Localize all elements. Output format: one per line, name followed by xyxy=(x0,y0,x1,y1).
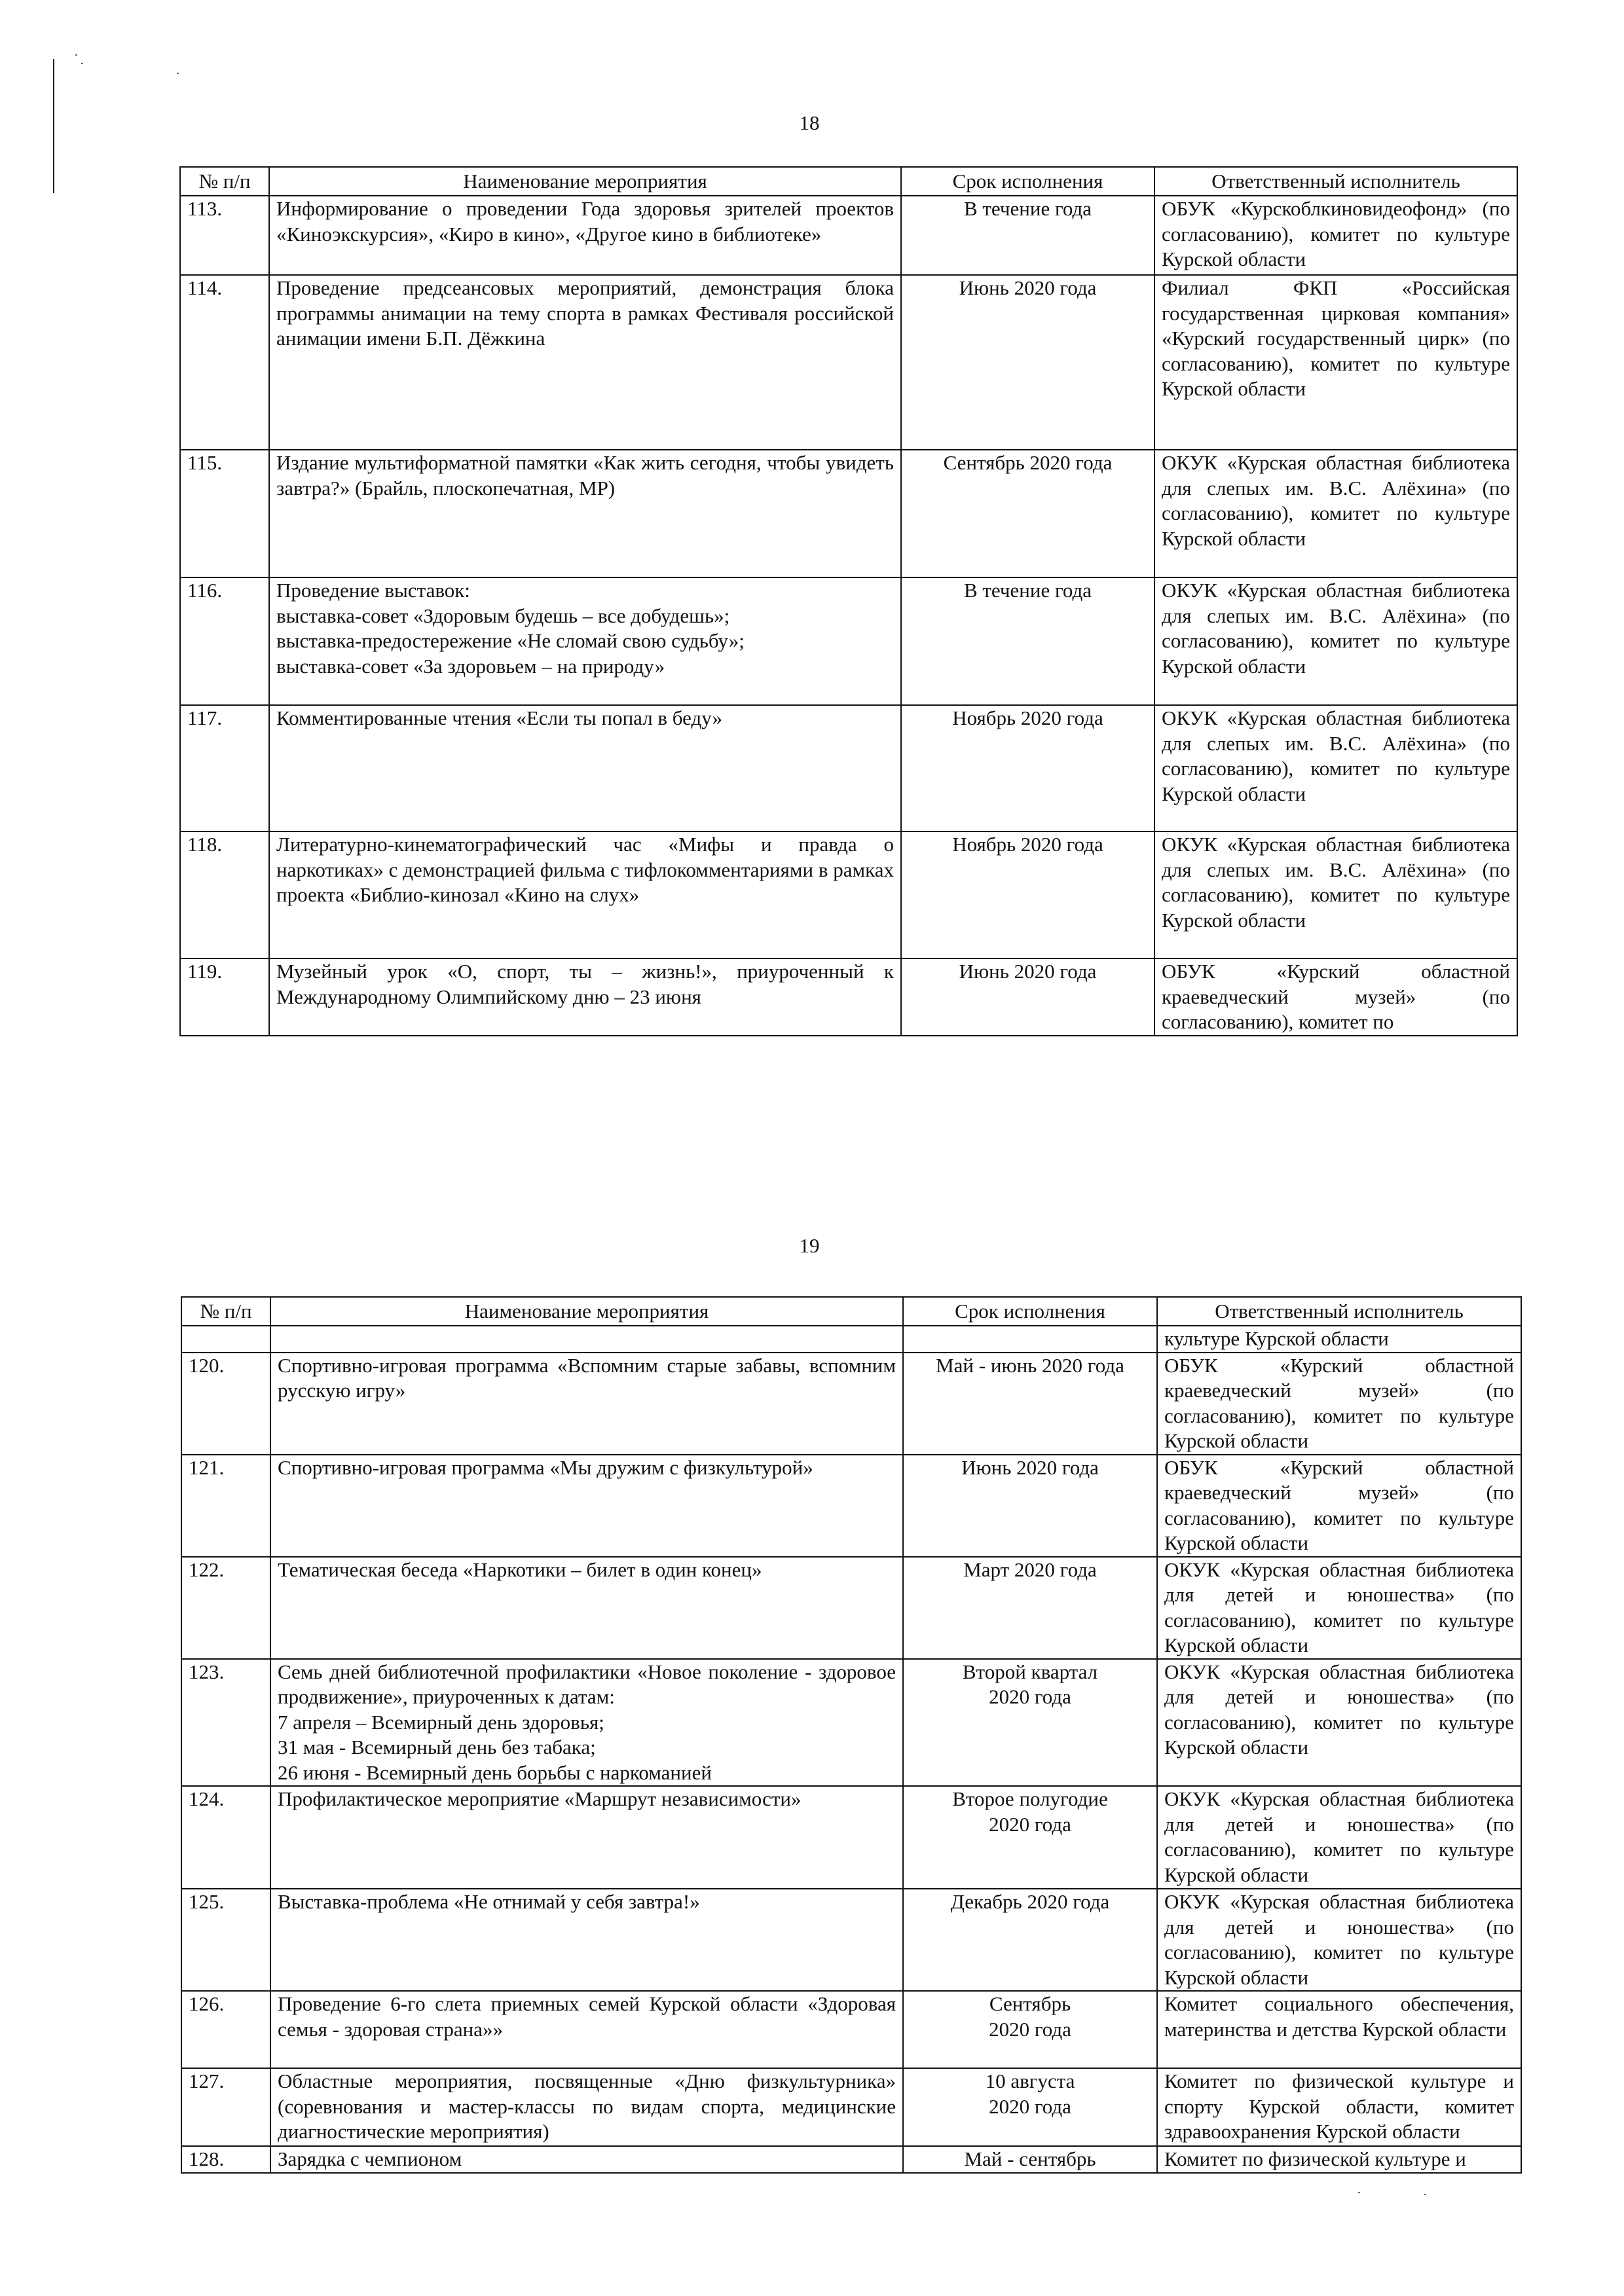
cell-name: Семь дней библиотечной профилактики «Нов… xyxy=(270,1659,903,1787)
cell-term xyxy=(903,1326,1157,1353)
cell-responsible: ОКУК «Курская областная библиотека для д… xyxy=(1157,1557,1521,1659)
cell-responsible: ОБУК «Курский областной краеведческий му… xyxy=(1154,958,1517,1036)
cell-term: Декабрь 2020 года xyxy=(903,1889,1157,1991)
table-row: 123.Семь дней библиотечной профилактики … xyxy=(181,1659,1521,1787)
cell-term: Июнь 2020 года xyxy=(903,1455,1157,1557)
cell-responsible: ОБУК «Курскоблкиновидеофонд» (по согласо… xyxy=(1154,196,1517,275)
cell-term: Май - июнь 2020 года xyxy=(903,1353,1157,1455)
cell-num: 124. xyxy=(181,1786,270,1889)
cell-term: Сентябрь2020 года xyxy=(903,1991,1157,2068)
cell-name: Проведение выставок:выставка-совет «Здор… xyxy=(269,577,901,705)
cell-term: Второе полугодие2020 года xyxy=(903,1786,1157,1889)
page-number: 18 xyxy=(777,111,842,135)
cell-name: Проведение предсеансовых мероприятий, де… xyxy=(269,275,901,450)
term-line: Сентябрь xyxy=(910,1992,1150,2017)
cell-term: Июнь 2020 года xyxy=(901,958,1154,1036)
table-row: 121.Спортивно-игровая программа «Мы друж… xyxy=(181,1455,1521,1557)
column-header-name: Наименование мероприятия xyxy=(269,167,901,196)
cell-num: 128. xyxy=(181,2146,270,2173)
cell-responsible: Комитет социального обеспечения, материн… xyxy=(1157,1991,1521,2068)
cell-name: Комментированные чтения «Если ты попал в… xyxy=(269,705,901,831)
cell-responsible: ОКУК «Курская областная библиотека для д… xyxy=(1157,1889,1521,1991)
scan-speck xyxy=(81,63,83,64)
cell-term: В течение года xyxy=(901,577,1154,705)
column-header-responsible: Ответственный исполнитель xyxy=(1154,167,1517,196)
cell-name: Спортивно-игровая программа «Мы дружим с… xyxy=(270,1455,903,1557)
table-header-row: № п/п Наименование мероприятия Срок испо… xyxy=(180,167,1517,196)
term-line: 2020 года xyxy=(910,1812,1150,1838)
page-number: 19 xyxy=(777,1234,842,1258)
cell-responsible: ОКУК «Курская областная библиотека для д… xyxy=(1157,1659,1521,1787)
term-line: 2020 года xyxy=(910,1685,1150,1710)
cell-name: Издание мультиформатной памятки «Как жит… xyxy=(269,450,901,577)
cell-term: Второй квартал2020 года xyxy=(903,1659,1157,1787)
name-line: выставка-предостережение «Не сломай свою… xyxy=(276,629,894,654)
cell-term: Май - сентябрь xyxy=(903,2146,1157,2173)
cell-name: Спортивно-игровая программа «Вспомним ст… xyxy=(270,1353,903,1455)
cell-name: Выставка-проблема «Не отнимай у себя зав… xyxy=(270,1889,903,1991)
table-row: 128.Зарядка с чемпиономМай - сентябрьКом… xyxy=(181,2146,1521,2173)
events-table-page-18: № п/п Наименование мероприятия Срок испо… xyxy=(179,166,1518,1036)
cell-name: Зарядка с чемпионом xyxy=(270,2146,903,2173)
cell-term: В течение года xyxy=(901,196,1154,275)
continuation-row: культуре Курской области xyxy=(181,1326,1521,1353)
term-line: 2020 года xyxy=(910,2094,1150,2120)
cell-num: 123. xyxy=(181,1659,270,1787)
cell-responsible: ОКУК «Курская областная библиотека для с… xyxy=(1154,450,1517,577)
column-header-num: № п/п xyxy=(180,167,269,196)
name-line: 7 апреля – Всемирный день здоровья; xyxy=(278,1710,896,1736)
name-line: выставка-совет «Здоровым будешь – все до… xyxy=(276,604,894,629)
cell-num: 115. xyxy=(180,450,269,577)
table-row: 118.Литературно-кинематографический час … xyxy=(180,831,1517,958)
cell-num: 126. xyxy=(181,1991,270,2068)
cell-num: 120. xyxy=(181,1353,270,1455)
cell-name: Профилактическое мероприятие «Маршрут не… xyxy=(270,1786,903,1889)
cell-num: 127. xyxy=(181,2068,270,2146)
column-header-name: Наименование мероприятия xyxy=(270,1297,903,1326)
scan-margin-line xyxy=(53,59,54,193)
table-row: 124.Профилактическое мероприятие «Маршру… xyxy=(181,1786,1521,1889)
cell-responsible: Комитет по физической культуре и спорту … xyxy=(1157,2068,1521,2146)
table-row: 125.Выставка-проблема «Не отнимай у себя… xyxy=(181,1889,1521,1991)
term-line: 10 августа xyxy=(910,2069,1150,2094)
cell-responsible: Филиал ФКП «Российская государственная ц… xyxy=(1154,275,1517,450)
term-line: 2020 года xyxy=(910,2017,1150,2043)
cell-responsible: Комитет по физической культуре и xyxy=(1157,2146,1521,2173)
cell-name xyxy=(270,1326,903,1353)
events-table-page-19: № п/п Наименование мероприятия Срок испо… xyxy=(181,1296,1522,2174)
column-header-num: № п/п xyxy=(181,1297,270,1326)
cell-responsible: ОБУК «Курский областной краеведческий му… xyxy=(1157,1353,1521,1455)
table-row: 115.Издание мультиформатной памятки «Как… xyxy=(180,450,1517,577)
table-row: 113.Информирование о проведении Года здо… xyxy=(180,196,1517,275)
cell-name: Музейный урок «О, спорт, ты – жизнь!», п… xyxy=(269,958,901,1036)
column-header-term: Срок исполнения xyxy=(903,1297,1157,1326)
scan-speck xyxy=(75,54,77,56)
cell-num: 117. xyxy=(180,705,269,831)
column-header-responsible: Ответственный исполнитель xyxy=(1157,1297,1521,1326)
cell-num: 114. xyxy=(180,275,269,450)
scan-speck xyxy=(1424,2194,1426,2195)
scan-speck xyxy=(1358,2192,1360,2193)
name-line: 31 мая - Всемирный день без табака; xyxy=(278,1735,896,1760)
cell-term: Июнь 2020 года xyxy=(901,275,1154,450)
cell-name: Тематическая беседа «Наркотики – билет в… xyxy=(270,1557,903,1659)
cell-num: 125. xyxy=(181,1889,270,1991)
name-line: Проведение выставок: xyxy=(276,578,894,604)
table-header-row: № п/п Наименование мероприятия Срок испо… xyxy=(181,1297,1521,1326)
cell-num: 118. xyxy=(180,831,269,958)
table-row: 116.Проведение выставок:выставка-совет «… xyxy=(180,577,1517,705)
table-row: 122.Тематическая беседа «Наркотики – бил… xyxy=(181,1557,1521,1659)
cell-term: Ноябрь 2020 года xyxy=(901,831,1154,958)
table-row: 126.Проведение 6-го слета приемных семей… xyxy=(181,1991,1521,2068)
cell-name: Проведение 6-го слета приемных семей Кур… xyxy=(270,1991,903,2068)
cell-num: 116. xyxy=(180,577,269,705)
term-line: Второе полугодие xyxy=(910,1787,1150,1812)
cell-responsible: ОКУК «Курская областная библиотека для с… xyxy=(1154,831,1517,958)
cell-num xyxy=(181,1326,270,1353)
name-line: 26 июня - Всемирный день борьбы с нарком… xyxy=(278,1760,896,1786)
name-line: Семь дней библиотечной профилактики «Нов… xyxy=(278,1660,896,1710)
cell-name: Литературно-кинематографический час «Миф… xyxy=(269,831,901,958)
table-row: 120.Спортивно-игровая программа «Вспомни… xyxy=(181,1353,1521,1455)
cell-name: Областные мероприятия, посвященные «Дню … xyxy=(270,2068,903,2146)
cell-responsible: ОБУК «Курский областной краеведческий му… xyxy=(1157,1455,1521,1557)
cell-responsible: ОКУК «Курская областная библиотека для д… xyxy=(1157,1786,1521,1889)
cell-term: Март 2020 года xyxy=(903,1557,1157,1659)
cell-num: 113. xyxy=(180,196,269,275)
column-header-term: Срок исполнения xyxy=(901,167,1154,196)
cell-num: 122. xyxy=(181,1557,270,1659)
term-line: Второй квартал xyxy=(910,1660,1150,1685)
table-row: 127.Областные мероприятия, посвященные «… xyxy=(181,2068,1521,2146)
cell-term: 10 августа2020 года xyxy=(903,2068,1157,2146)
cell-responsible: культуре Курской области xyxy=(1157,1326,1521,1353)
table-row: 119.Музейный урок «О, спорт, ты – жизнь!… xyxy=(180,958,1517,1036)
name-line: выставка-совет «За здоровьем – на природ… xyxy=(276,654,894,680)
cell-term: Ноябрь 2020 года xyxy=(901,705,1154,831)
cell-responsible: ОКУК «Курская областная библиотека для с… xyxy=(1154,577,1517,705)
cell-num: 121. xyxy=(181,1455,270,1557)
table-row: 114.Проведение предсеансовых мероприятий… xyxy=(180,275,1517,450)
cell-name: Информирование о проведении Года здоровь… xyxy=(269,196,901,275)
cell-num: 119. xyxy=(180,958,269,1036)
cell-term: Сентябрь 2020 года xyxy=(901,450,1154,577)
cell-responsible: ОКУК «Курская областная библиотека для с… xyxy=(1154,705,1517,831)
table-row: 117.Комментированные чтения «Если ты поп… xyxy=(180,705,1517,831)
scan-speck xyxy=(177,73,179,74)
